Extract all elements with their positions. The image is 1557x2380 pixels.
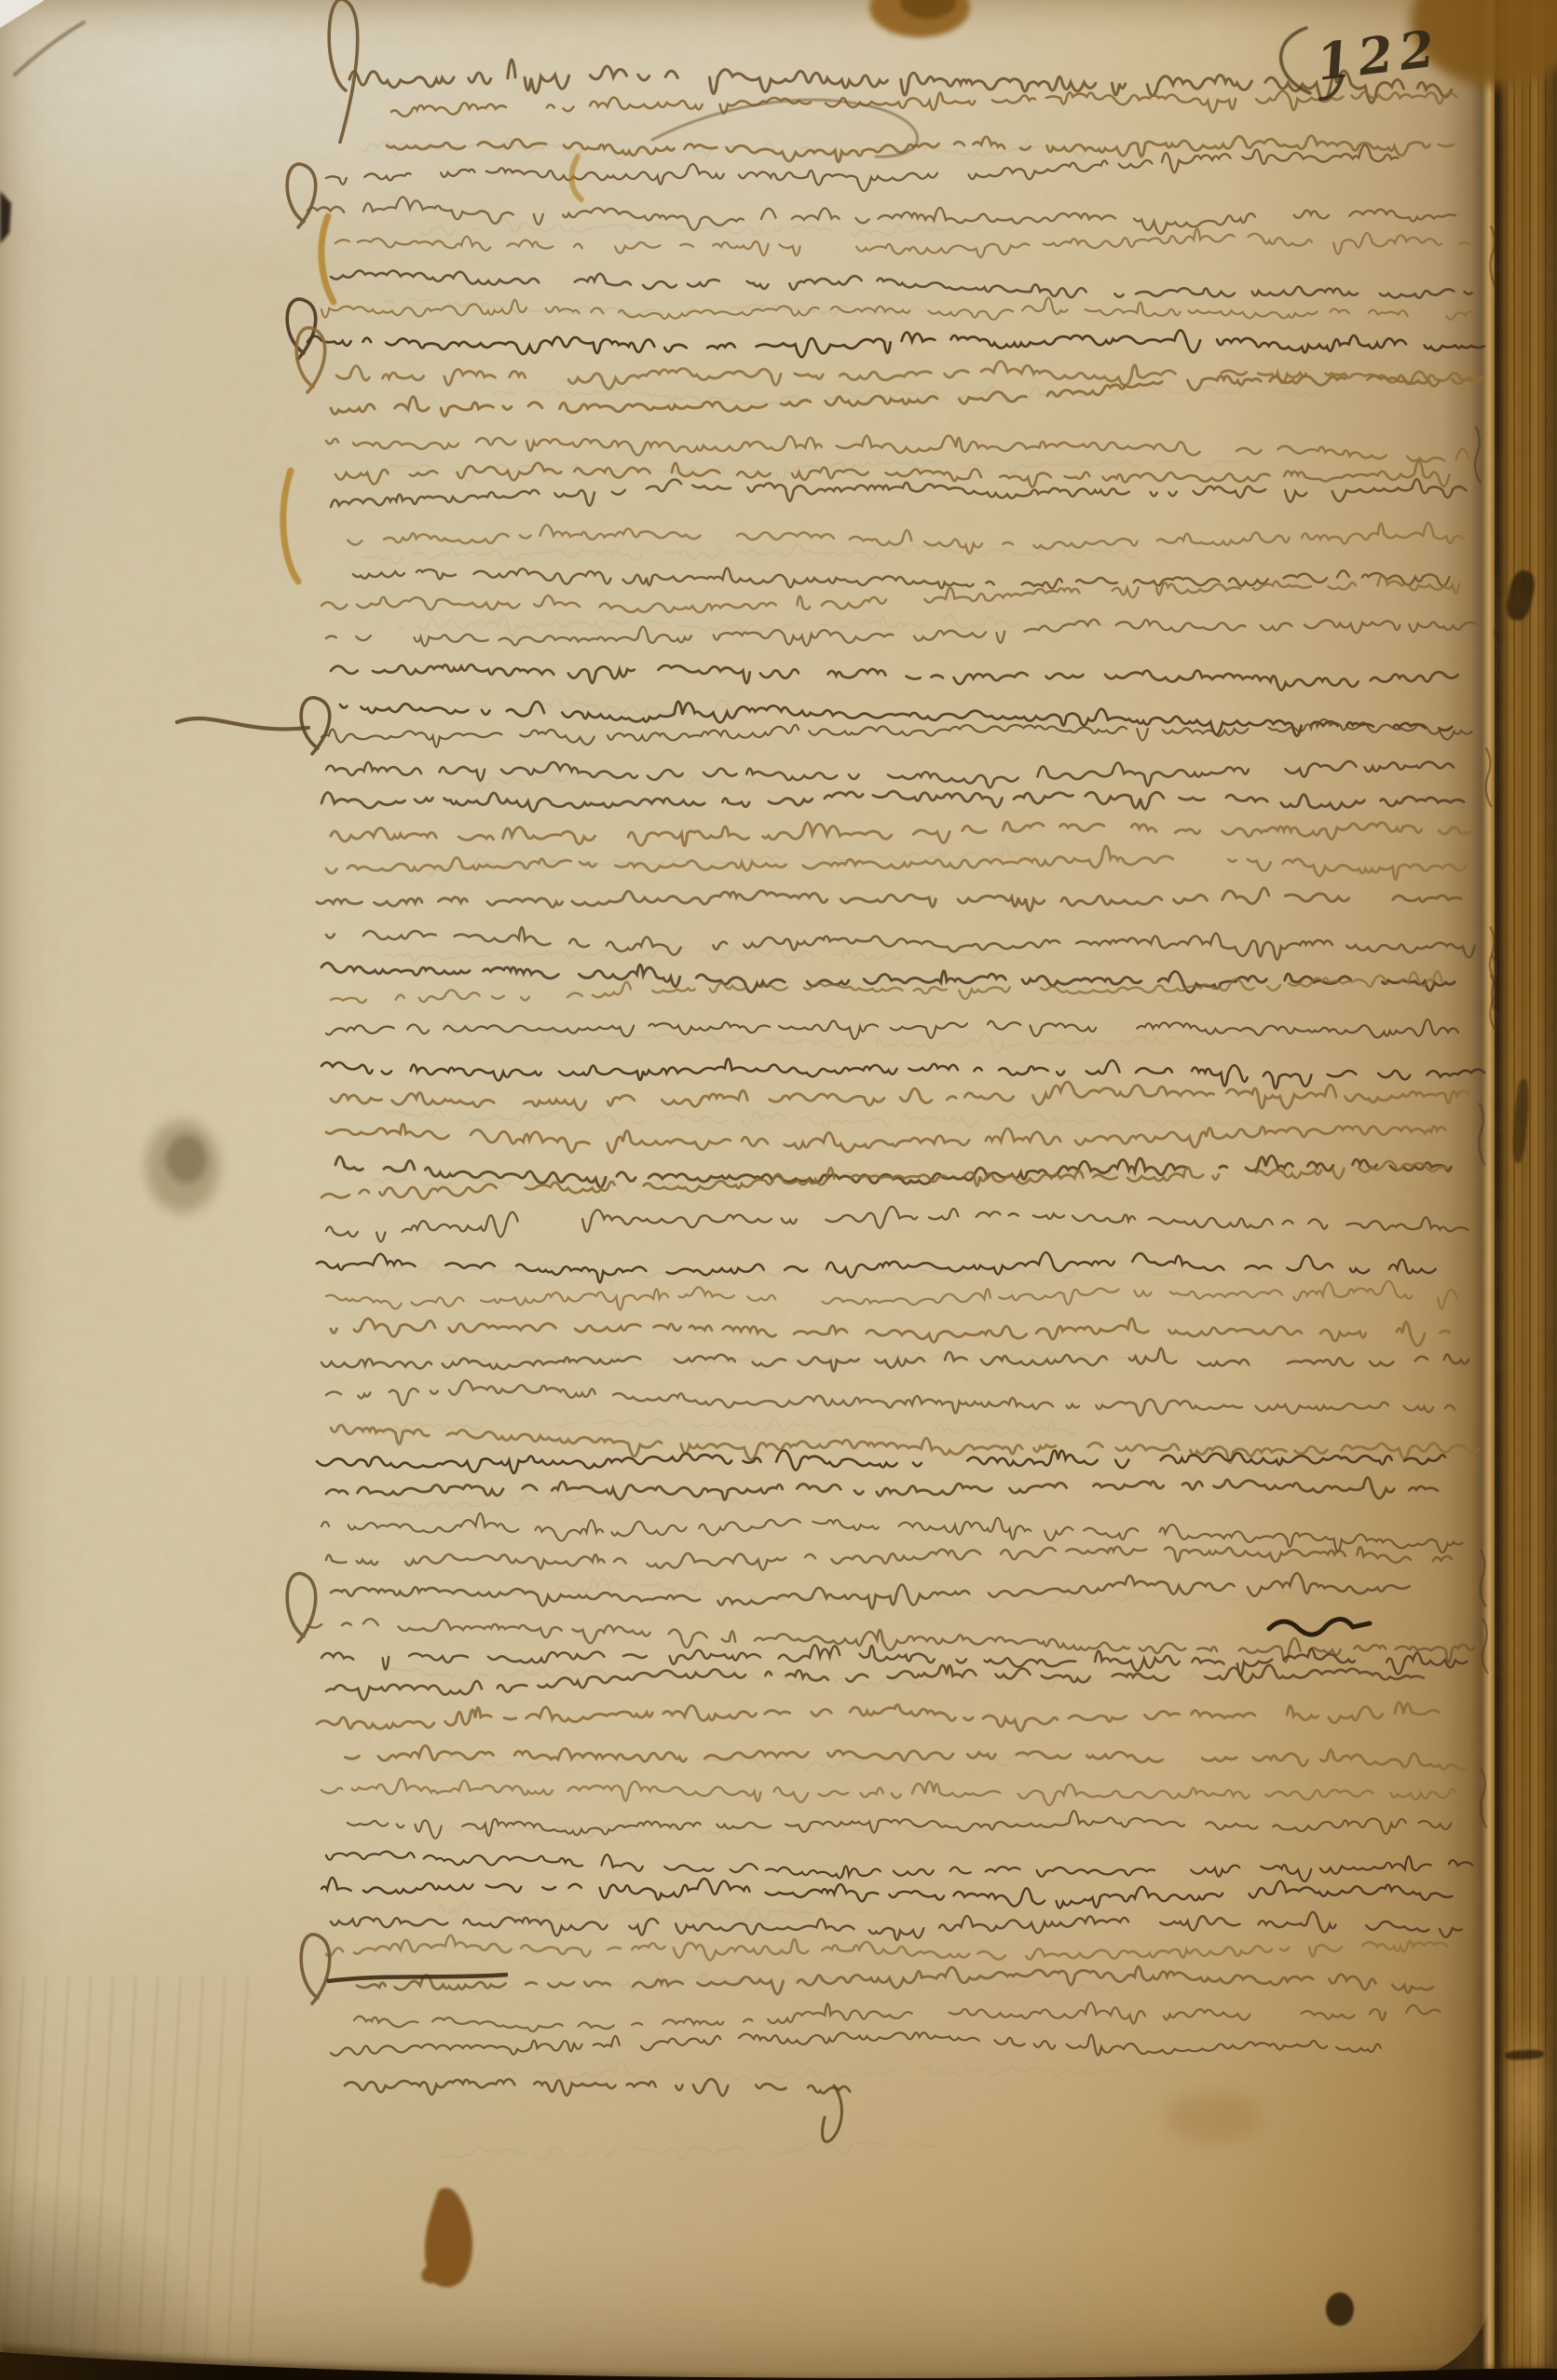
stain-left-margin-smudge-core (166, 1135, 207, 1183)
stain-bottom-right-speck (1326, 2292, 1354, 2326)
bottom-left-corner-shadow (0, 2171, 224, 2380)
scan-overlay-svg: 122 (0, 0, 1557, 2380)
manuscript-scan: 122 (0, 0, 1557, 2380)
stain-bottom-right-faint-stain (1165, 2091, 1262, 2143)
paper-grain-texture (0, 0, 1557, 2380)
